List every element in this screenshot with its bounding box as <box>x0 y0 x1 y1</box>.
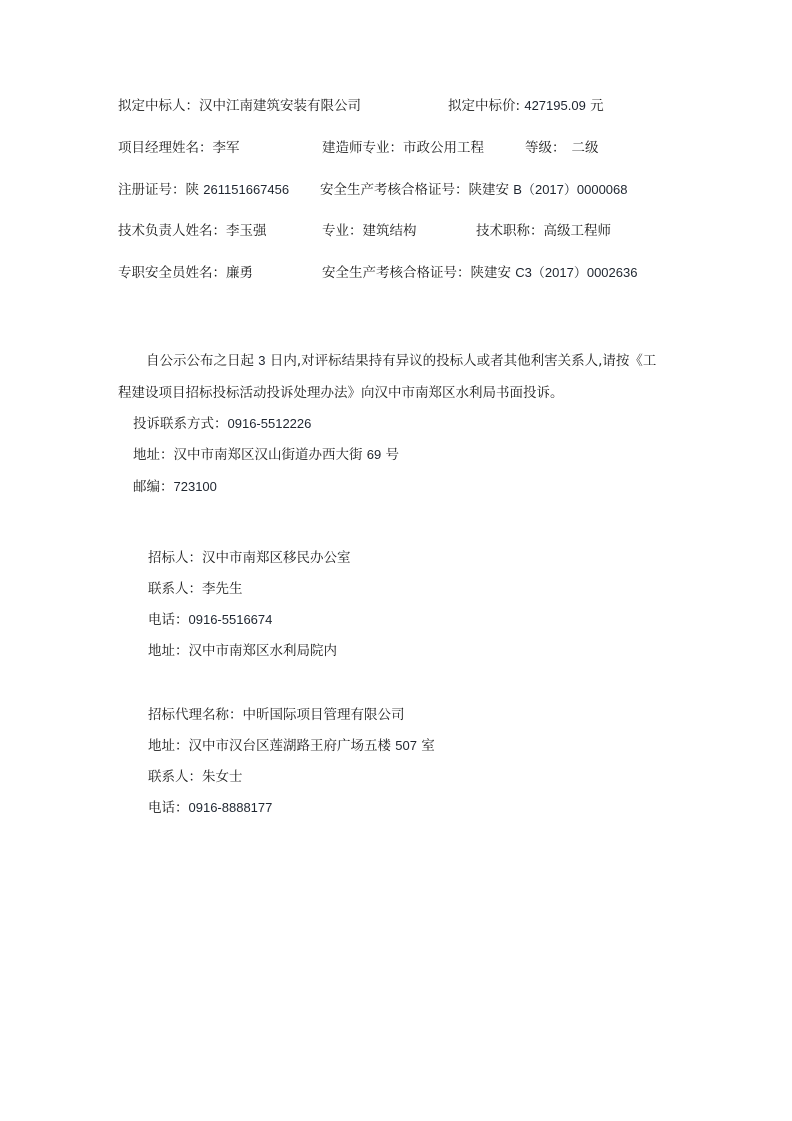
safety-officer-cert-value: C3（2017）0002636 <box>515 265 637 280</box>
cert-prefix: 陕 <box>186 182 204 198</box>
safety-officer-cert-row: 安全生产考核合格证号：陕建安 C3（2017）0002636 <box>322 264 637 282</box>
tenderer-name-row: 招标人：汉中市南郑区移民办公室 <box>148 549 351 567</box>
manager-name-label: 项目经理姓名： <box>118 140 213 156</box>
tech-title-label: 技术职称： <box>476 223 544 239</box>
tech-title-row: 技术职称：高级工程师 <box>476 222 611 240</box>
safety-cert-prefix: 陕建安 <box>469 182 514 198</box>
manager-name-row: 项目经理姓名：李军 <box>118 139 240 157</box>
notice-text: 程建设项目招标投标活动投诉处理办法》向汉中市南郑区水利局书面投诉。 <box>118 385 564 401</box>
agent-contact-label: 联系人： <box>148 769 202 785</box>
safety-cert-label: 安全生产考核合格证号： <box>320 182 469 198</box>
cert-row: 注册证号：陕 261151667456 <box>118 181 289 199</box>
safety-officer-label: 专职安全员姓名： <box>118 265 226 281</box>
manager-specialty-value: 市政公用工程 <box>403 140 484 156</box>
tech-specialty-label: 专业： <box>322 223 363 239</box>
tenderer-contact-label: 联系人： <box>148 581 202 597</box>
agent-contact-row: 联系人：朱女士 <box>148 768 243 786</box>
complaint-contact-value: 0916-5512226 <box>228 416 312 431</box>
tenderer-address-row: 地址：汉中市南郑区水利局院内 <box>148 642 337 660</box>
tenderer-name-label: 招标人： <box>148 550 202 566</box>
agent-phone-value: 0916-8888177 <box>189 800 273 815</box>
tech-title-value: 高级工程师 <box>544 223 612 239</box>
tenderer-contact-row: 联系人：李先生 <box>148 580 243 598</box>
price-unit: 元 <box>586 98 604 114</box>
tech-specialty-value: 建筑结构 <box>363 223 417 239</box>
complaint-postcode-label: 邮编： <box>133 479 174 495</box>
winner-value: 汉中江南建筑安装有限公司 <box>199 98 361 114</box>
manager-name-value: 李军 <box>213 140 240 156</box>
manager-grade-label: 等级： <box>525 140 566 156</box>
safety-officer-value: 廉勇 <box>226 265 253 281</box>
complaint-address-suffix: 号 <box>381 447 399 463</box>
tenderer-phone-row: 电话：0916-5516674 <box>148 611 272 629</box>
price-row: 拟定中标价: 427195.09 元 <box>448 97 604 115</box>
complaint-address-row: 地址：汉中市南郑区汉山街道办西大街 69 号 <box>133 446 399 464</box>
safety-cert-row: 安全生产考核合格证号：陕建安 B（2017）0000068 <box>320 181 628 199</box>
notice-text: 日内,对评标结果持有异议的投标人或者其他利害关系人,请按《工 <box>266 353 657 369</box>
agent-name-row: 招标代理名称：中昕国际项目管理有限公司 <box>148 706 405 724</box>
tech-name-row: 技术负责人姓名：李玉强 <box>118 222 267 240</box>
agent-address-row: 地址：汉中市汉台区莲湖路王府广场五楼 507 室 <box>148 737 435 755</box>
complaint-address-label: 地址： <box>133 447 174 463</box>
safety-officer-cert-prefix: 陕建安 <box>471 265 516 281</box>
tech-name-label: 技术负责人姓名： <box>118 223 226 239</box>
safety-cert-value: B（2017）0000068 <box>513 182 627 197</box>
manager-grade-row: 等级：二级 <box>525 139 599 157</box>
winner-row: 拟定中标人：汉中江南建筑安装有限公司 <box>118 97 361 115</box>
tenderer-address-label: 地址： <box>148 643 189 659</box>
notice-line-2: 程建设项目招标投标活动投诉处理办法》向汉中市南郑区水利局书面投诉。 <box>118 384 564 402</box>
agent-address-number: 507 <box>395 738 417 753</box>
tenderer-name-value: 汉中市南郑区移民办公室 <box>202 550 351 566</box>
notice-text: 自公示公布之日起 <box>146 353 258 369</box>
complaint-postcode-value: 723100 <box>174 479 217 494</box>
complaint-address-number: 69 <box>367 447 381 462</box>
agent-address-value: 汉中市汉台区莲湖路王府广场五楼 <box>189 738 396 754</box>
notice-line-1: 自公示公布之日起 3 日内,对评标结果持有异议的投标人或者其他利害关系人,请按《… <box>146 352 656 370</box>
price-value: 427195.09 <box>524 98 585 113</box>
manager-grade-value: 二级 <box>572 140 599 156</box>
tech-specialty-row: 专业：建筑结构 <box>322 222 417 240</box>
tenderer-contact-value: 李先生 <box>202 581 243 597</box>
manager-specialty-row: 建造师专业：市政公用工程 <box>322 139 484 157</box>
price-label: 拟定中标价: <box>448 98 524 114</box>
agent-address-suffix: 室 <box>417 738 435 754</box>
notice-days: 3 <box>258 353 265 368</box>
safety-officer-cert-label: 安全生产考核合格证号： <box>322 265 471 281</box>
cert-label: 注册证号： <box>118 182 186 198</box>
tenderer-phone-label: 电话： <box>148 612 189 628</box>
safety-officer-row: 专职安全员姓名：廉勇 <box>118 264 253 282</box>
complaint-contact-label: 投诉联系方式： <box>133 416 228 432</box>
complaint-contact-row: 投诉联系方式：0916-5512226 <box>133 415 311 433</box>
agent-address-label: 地址： <box>148 738 189 754</box>
agent-contact-value: 朱女士 <box>202 769 243 785</box>
cert-value: 261151667456 <box>203 182 289 197</box>
manager-specialty-label: 建造师专业： <box>322 140 403 156</box>
tenderer-phone-value: 0916-5516674 <box>189 612 273 627</box>
tech-name-value: 李玉强 <box>226 223 267 239</box>
agent-name-value: 中昕国际项目管理有限公司 <box>243 707 405 723</box>
agent-name-label: 招标代理名称： <box>148 707 243 723</box>
agent-phone-row: 电话：0916-8888177 <box>148 799 272 817</box>
complaint-postcode-row: 邮编：723100 <box>133 478 217 496</box>
agent-phone-label: 电话： <box>148 800 189 816</box>
complaint-address-value: 汉中市南郑区汉山街道办西大街 <box>174 447 367 463</box>
tenderer-address-value: 汉中市南郑区水利局院内 <box>189 643 338 659</box>
winner-label: 拟定中标人： <box>118 98 199 114</box>
